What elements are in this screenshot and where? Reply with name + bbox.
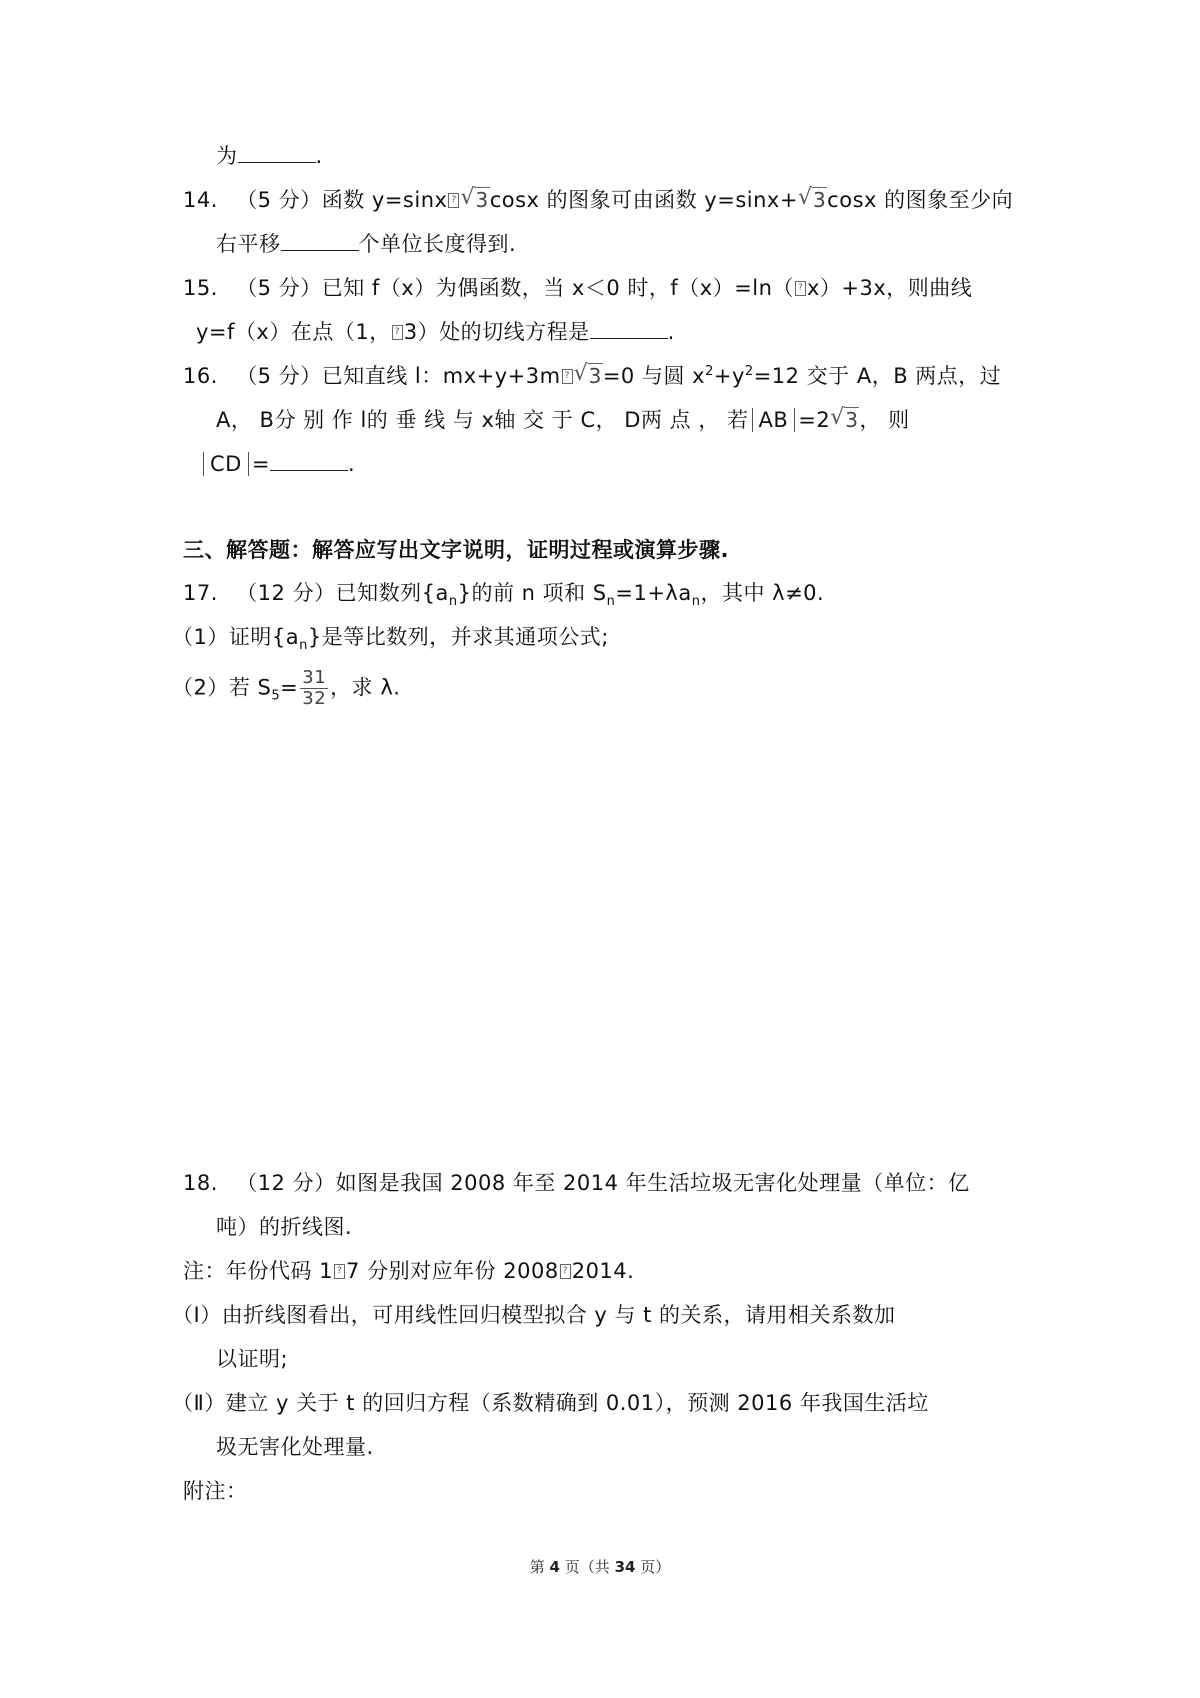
page-number: 4	[550, 1558, 560, 1576]
answer-blank	[238, 142, 316, 163]
question-18-part-1-line-1: （Ⅰ）由折线图看出，可用线性回归模型拟合 y 与 t 的关系，请用相关系数加	[172, 1300, 896, 1330]
document-page: 为. 14. （5 分）函数 y=sinx3cosx 的图象可由函数 y=sin…	[0, 0, 1200, 1698]
absolute-value: CD	[203, 452, 249, 476]
question-18-part-2-line-1: （Ⅱ）建立 y 关于 t 的回归方程（系数精确到 0.01），预测 2016 年…	[172, 1388, 929, 1418]
answer-blank	[281, 230, 359, 251]
question-number: 17.	[183, 578, 229, 608]
radicand: 3	[844, 407, 859, 432]
text: 第	[530, 1558, 545, 1576]
question-16-line-3: CD=.	[200, 449, 355, 479]
text: 如图是我国 2008 年至 2014 年生活垃圾无害化处理量（单位：亿	[336, 1171, 970, 1195]
page-footer: 第 4 页（共 34 页）	[0, 1556, 1200, 1577]
question-17-part-2: （2）若 S5=3132，求 λ.	[172, 668, 400, 709]
question-17-part-1: （1）证明{an}是等比数列，并求其通项公式;	[172, 622, 609, 652]
question-16-line-2: A， B分 别 作 l的 垂 线 与 x轴 交 于 C， D两 点 ， 若AB=…	[216, 405, 910, 435]
question-score: （5 分）	[236, 364, 322, 388]
text: （2）若 S	[172, 676, 271, 700]
question-14-line-2: 右平移个单位长度得到.	[216, 229, 516, 259]
sqrt-symbol: 3	[798, 185, 827, 215]
radicand: 3	[588, 363, 603, 388]
question-score: （5 分）	[236, 188, 322, 212]
text: }是等比数列，并求其通项公式;	[308, 625, 609, 649]
answer-blank	[590, 318, 668, 339]
text: cosx 的图象至少向	[827, 188, 1013, 212]
text: 注：年份代码 1	[183, 1259, 333, 1283]
text: .	[668, 320, 675, 344]
text: }的前 n 项和 S	[458, 581, 607, 605]
text: =	[280, 676, 298, 700]
subscript: 5	[271, 689, 280, 704]
missing-glyph-icon	[392, 325, 403, 340]
question-16-line-1: 16. （5 分）已知直线 l：mx+y+3m3=0 与圆 x2+y2=12 交…	[183, 361, 1001, 391]
text: =1+λa	[615, 581, 691, 605]
question-score: （5 分）	[236, 276, 322, 300]
subscript: n	[299, 638, 308, 653]
question-18-line-1: 18. （12 分）如图是我国 2008 年至 2014 年生活垃圾无害化处理量…	[183, 1168, 970, 1198]
text: 2014.	[572, 1259, 635, 1283]
sqrt-symbol: 3	[574, 361, 603, 391]
answer-blank	[270, 450, 348, 471]
question-18-line-2: 吨）的折线图.	[216, 1212, 352, 1242]
question-18-part-2-line-2: 圾无害化处理量.	[216, 1432, 374, 1462]
question-score: （12 分）	[236, 1171, 335, 1195]
text: 右平移	[216, 232, 281, 256]
question-number: 16.	[183, 361, 229, 391]
radicand: 3	[812, 187, 827, 212]
question-number: 15.	[183, 273, 229, 303]
continuation-line: 为.	[216, 141, 323, 171]
text: 已知数列{a	[336, 581, 449, 605]
section-heading: 三、解答题：解答应写出文字说明，证明过程或演算步骤.	[183, 535, 729, 565]
question-number: 18.	[183, 1168, 229, 1198]
denominator: 32	[300, 689, 328, 709]
absolute-value: AB	[752, 408, 796, 432]
radicand: 3	[474, 187, 489, 212]
text: ，其中 λ≠0.	[700, 581, 824, 605]
question-score: （12 分）	[236, 581, 335, 605]
superscript: 2	[745, 364, 754, 379]
text: ， 则	[859, 408, 909, 432]
text: cosx 的图象可由函数 y=sinx+	[490, 188, 798, 212]
missing-glyph-icon	[562, 369, 573, 384]
text: ，求 λ.	[330, 676, 400, 700]
question-14-line-1: 14. （5 分）函数 y=sinx3cosx 的图象可由函数 y=sinx+3…	[183, 185, 1013, 215]
text: 页（共	[565, 1558, 610, 1576]
text: 3）处的切线方程是	[404, 320, 590, 344]
missing-glyph-icon	[560, 1264, 571, 1279]
question-17-stem: 17. （12 分）已知数列{an}的前 n 项和 Sn=1+λan，其中 λ≠…	[183, 578, 824, 608]
question-15-line-2: y=f（x）在点（1，3）处的切线方程是.	[196, 317, 675, 347]
missing-glyph-icon	[448, 193, 459, 208]
question-18-note: 注：年份代码 17 分别对应年份 20082014.	[183, 1256, 634, 1286]
missing-glyph-icon	[795, 281, 806, 296]
question-18-appendix: 附注：	[183, 1476, 248, 1506]
text: 个单位长度得到.	[359, 232, 517, 256]
text: =12 交于 A，B 两点，过	[754, 364, 1002, 388]
text: y=f（x）在点（1，	[196, 320, 391, 344]
text: 已知 f（x）为偶函数，当 x＜0 时，f（x）=ln（	[322, 276, 794, 300]
text: =	[252, 452, 270, 476]
numerator: 31	[300, 668, 328, 689]
superscript: 2	[705, 364, 714, 379]
text: .	[348, 452, 355, 476]
text: （1）证明{a	[172, 625, 299, 649]
text: x）+3x，则曲线	[807, 276, 972, 300]
fraction: 3132	[300, 668, 328, 709]
text: 函数 y=sinx	[322, 188, 448, 212]
subscript: n	[449, 594, 458, 609]
text: 已知直线 l：mx+y+3m	[322, 364, 561, 388]
text: +y	[714, 364, 745, 388]
text: =2	[798, 408, 830, 432]
sqrt-symbol: 3	[460, 185, 489, 215]
question-number: 14.	[183, 185, 229, 215]
sqrt-symbol: 3	[830, 405, 859, 435]
text: .	[316, 144, 323, 168]
question-15-line-1: 15. （5 分）已知 f（x）为偶函数，当 x＜0 时，f（x）=ln（x）+…	[183, 273, 972, 303]
text: A， B分 别 作 l的 垂 线 与 x轴 交 于 C， D两 点 ， 若	[216, 408, 749, 432]
text: 页）	[640, 1558, 670, 1576]
text: =0 与圆 x	[603, 364, 705, 388]
total-pages: 34	[615, 1558, 636, 1576]
question-18-part-1-line-2: 以证明;	[216, 1344, 288, 1374]
text: 7 分别对应年份 2008	[346, 1259, 559, 1283]
text: 为	[216, 144, 238, 168]
missing-glyph-icon	[334, 1264, 345, 1279]
